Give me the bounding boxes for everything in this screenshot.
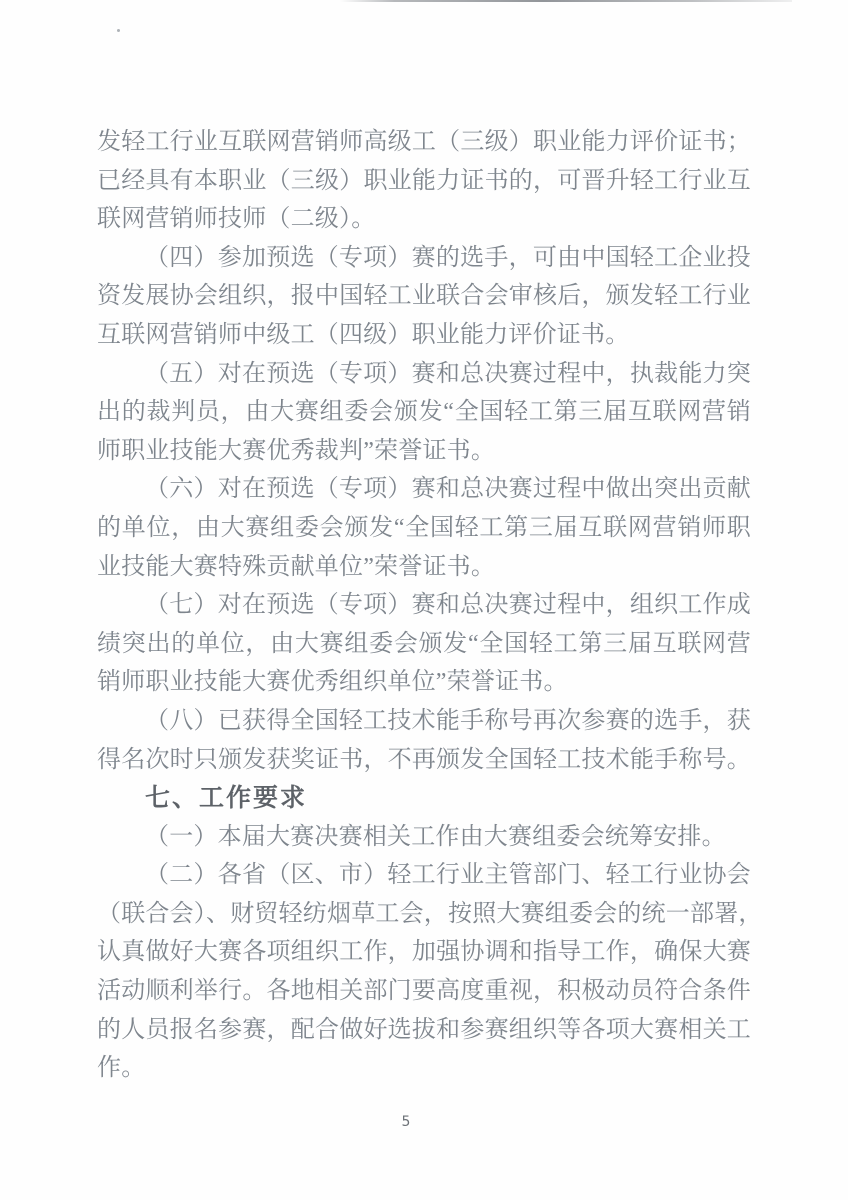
text-line: 绩突出的单位，由大赛组委会颁发“全国轻工第三届互联网营 — [97, 625, 751, 664]
text-line: 认真做好大赛各项组织工作，加强协调和指导工作，确保大赛 — [97, 933, 751, 972]
text-line: 联网营销师技师（二级）。 — [97, 200, 751, 239]
text-line: 发轻工行业互联网营销师高级工（三级）职业能力评价证书； — [97, 123, 751, 162]
text-line: 互联网营销师中级工（四级）职业能力评价证书。 — [97, 316, 751, 355]
text-line: 得名次时只颁发获奖证书，不再颁发全国轻工技术能手称号。 — [97, 741, 751, 780]
page-number: 5 — [396, 1114, 416, 1130]
text-line: 的单位，由大赛组委会颁发“全国轻工第三届互联网营销师职 — [97, 509, 751, 548]
text-line: （七）对在预选（专项）赛和总决赛过程中，组织工作成 — [97, 586, 751, 625]
document-lines: 发轻工行业互联网营销师高级工（三级）职业能力评价证书；已经具有本职业（三级）职业… — [97, 123, 751, 1088]
text-line: （联合会）、财贸轻纺烟草工会，按照大赛组委会的统一部署， — [97, 895, 751, 934]
text-line: 出的裁判员，由大赛组委会颁发“全国轻工第三届互联网营销 — [97, 393, 751, 432]
scan-artifact-dot — [117, 29, 120, 32]
text-line: 销师职业技能大赛优秀组织单位”荣誉证书。 — [97, 663, 751, 702]
text-line: （一）本届大赛决赛相关工作由大赛组委会统筹安排。 — [97, 818, 751, 857]
text-line: 作。 — [97, 1049, 751, 1088]
text-line: 活动顺利举行。各地相关部门要高度重视，积极动员符合条件 — [97, 972, 751, 1011]
text-line: （二）各省（区、市）轻工行业主管部门、轻工行业协会 — [97, 856, 751, 895]
text-line: 师职业技能大赛优秀裁判”荣誉证书。 — [97, 432, 751, 471]
text-line: 的人员报名参赛，配合做好选拔和参赛组织等各项大赛相关工 — [97, 1011, 751, 1050]
text-line: （六）对在预选（专项）赛和总决赛过程中做出突出贡献 — [97, 470, 751, 509]
document-page: 发轻工行业互联网营销师高级工（三级）职业能力评价证书；已经具有本职业（三级）职业… — [0, 0, 848, 1200]
text-line: （五）对在预选（专项）赛和总决赛过程中，执裁能力突 — [97, 355, 751, 394]
text-line: 业技能大赛特殊贡献单位”荣誉证书。 — [97, 548, 751, 587]
text-line: （四）参加预选（专项）赛的选手，可由中国轻工企业投 — [97, 239, 751, 278]
text-line: （八）已获得全国轻工技术能手称号再次参赛的选手，获 — [97, 702, 751, 741]
text-line: 已经具有本职业（三级）职业能力证书的，可晋升轻工行业互 — [97, 162, 751, 201]
text-line: 资发展协会组织，报中国轻工业联合会审核后，颁发轻工行业 — [97, 277, 751, 316]
section-heading: 七、工作要求 — [97, 779, 751, 818]
scan-artifact-line — [340, 0, 792, 2]
